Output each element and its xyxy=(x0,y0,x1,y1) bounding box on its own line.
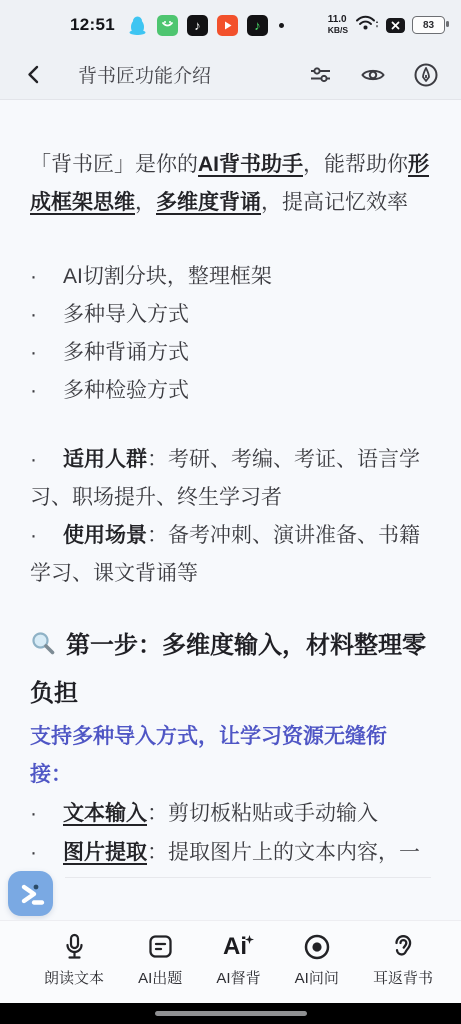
toolbar-read-aloud[interactable]: 朗读文本 xyxy=(44,932,104,1003)
qq-icon xyxy=(127,15,148,36)
bullet: · xyxy=(30,372,63,410)
nav-actions xyxy=(307,62,439,88)
highlight-ai-assistant: AI背书助手 xyxy=(198,153,303,176)
bullet: · xyxy=(30,296,63,334)
clock: 12:51 xyxy=(70,15,115,35)
music-app-icon: ♪ xyxy=(247,15,268,36)
battery-nub xyxy=(446,21,449,27)
pen-circle-icon[interactable] xyxy=(413,62,439,88)
status-bar: 12:51 ♪ ♪ 11.0 KB/S xyxy=(0,0,461,50)
tune-settings-icon[interactable] xyxy=(307,62,333,88)
ai-sparkle-icon: Ai xyxy=(223,932,254,962)
input-methods-list: ·文本输入：剪切板粘贴或手动输入 ·图片提取：提取图片上的文本内容，一 xyxy=(30,794,431,872)
intro-paragraph: 「背书匠」是你的AI背书助手，能帮助你形成框架思维，多维度背诵，提高记忆效率 xyxy=(30,146,431,222)
bottom-toolbar: 朗读文本 AI出题 Ai AI督背 xyxy=(0,920,461,1003)
app-screen: 12:51 ♪ ♪ 11.0 KB/S xyxy=(0,0,461,1024)
page-title: 背书匠功能介绍 xyxy=(78,61,211,88)
microphone-icon xyxy=(61,932,88,962)
bullet: · xyxy=(30,833,63,872)
back-icon[interactable] xyxy=(20,62,46,88)
document-body: 「背书匠」是你的AI背书助手，能帮助你形成框架思维，多维度背诵，提高记忆效率 ·… xyxy=(0,100,461,920)
audience-list: ·适用人群：考研、考编、考证、语言学习、职场提升、终生学习者 ·使用场景：备考冲… xyxy=(30,441,431,593)
quick-command-float-button[interactable] xyxy=(8,871,53,916)
bullet: · xyxy=(30,794,63,833)
list-item: ·使用场景：备考冲刺、演讲准备、书籍学习、课文背诵等 xyxy=(30,517,431,593)
list-item: ·多种导入方式 xyxy=(30,296,431,334)
bullet: · xyxy=(30,441,63,479)
no-sim-icon xyxy=(386,18,405,33)
step1-heading: 第一步：多维度输入，材料整理零负担 xyxy=(30,623,431,716)
gesture-nav-bar xyxy=(0,1003,461,1024)
record-dot-icon xyxy=(303,932,331,962)
status-indicators: 11.0 KB/S 83 xyxy=(328,14,445,37)
feature-list: ·AI切割分块，整理框架 ·多种导入方式 ·多种背诵方式 ·多种检验方式 xyxy=(30,258,431,410)
toolbar-ear-recite[interactable]: 耳返背书 xyxy=(373,932,433,1003)
notification-icons: ♪ ♪ xyxy=(127,15,284,36)
step1-intro: 支持多种导入方式，让学习资源无缝衔接： xyxy=(30,718,431,794)
bullet: · xyxy=(30,334,63,372)
ear-icon xyxy=(390,932,416,962)
list-item: ·多种检验方式 xyxy=(30,372,431,410)
network-speed: 11.0 KB/S xyxy=(328,15,348,35)
section-divider xyxy=(65,877,431,878)
list-item: ·多种背诵方式 xyxy=(30,334,431,372)
exam-paper-icon xyxy=(147,932,174,962)
battery-indicator: 83 xyxy=(412,16,445,34)
magnifier-icon xyxy=(30,626,56,671)
green-app-icon xyxy=(157,15,178,36)
toolbar-ai-supervise[interactable]: Ai AI督背 xyxy=(216,932,260,1003)
input-label: 图片提取 xyxy=(63,841,147,864)
home-indicator[interactable] xyxy=(155,1011,307,1016)
tiktok-icon: ♪ xyxy=(187,15,208,36)
highlight-multidim: 多维度背诵 xyxy=(156,191,261,214)
toolbar-ai-ask[interactable]: AI问问 xyxy=(295,932,339,1003)
input-label: 文本输入 xyxy=(63,802,147,825)
list-item: ·图片提取：提取图片上的文本内容，一 xyxy=(30,833,431,872)
more-notifications-dot xyxy=(279,23,284,28)
bullet: · xyxy=(30,258,63,296)
bullet: · xyxy=(30,517,63,555)
nav-bar: 背书匠功能介绍 xyxy=(0,50,461,100)
audience-label: 适用人群 xyxy=(63,448,147,471)
wifi-icon xyxy=(355,14,379,37)
video-app-icon xyxy=(217,15,238,36)
toolbar-ai-quiz[interactable]: AI出题 xyxy=(138,932,182,1003)
list-item: ·AI切割分块，整理框架 xyxy=(30,258,431,296)
list-item: ·适用人群：考研、考编、考证、语言学习、职场提升、终生学习者 xyxy=(30,441,431,517)
scene-label: 使用场景 xyxy=(63,524,147,547)
list-item: ·文本输入：剪切板粘贴或手动输入 xyxy=(30,794,431,833)
eye-view-icon[interactable] xyxy=(360,62,386,88)
